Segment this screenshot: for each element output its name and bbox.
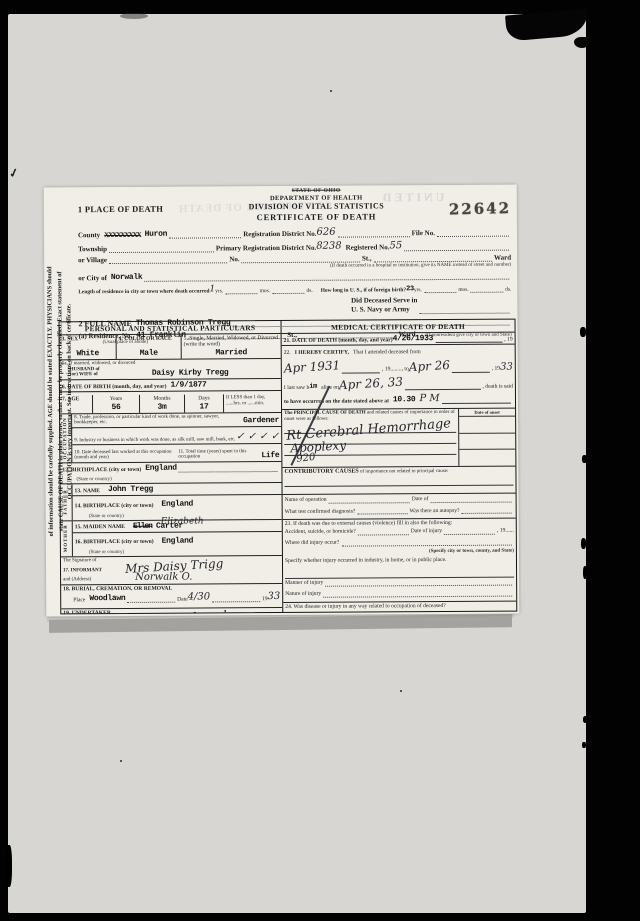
served-line1: Did Deceased Serve in [351, 296, 417, 304]
registered-no-value: 55 [389, 240, 402, 251]
sex-race-marital-row: 3. SEX White 4. COLOR OR RACE Male 5. Si… [60, 334, 281, 360]
film-nick [582, 455, 587, 463]
rule-leader [442, 396, 511, 404]
occurred-ampm-value: P M [419, 393, 439, 404]
county-struck-entry: XXXXXXXXX [104, 231, 141, 239]
burial-place-value: Woodlawn [89, 594, 125, 603]
burial-date-value: 4/30 [188, 592, 211, 603]
birthplace-value: England [145, 464, 177, 473]
father-vertical-text: FATHER [64, 490, 69, 515]
how-long-us-label: How long in U. S., if of foreign birth? [321, 287, 406, 294]
served-label: Did Deceased Serve in U. S. Navy or Army [351, 296, 417, 314]
personal-section-header: PERSONAL AND STATISTICAL PARTICULARS [60, 321, 281, 335]
burial-label: 18. BURIAL, CREMATION, OR REMOVAL [63, 586, 172, 593]
rule-leader [435, 335, 502, 343]
industry-label: 9. Industry or business in which work wa… [74, 437, 236, 444]
informant-value-cell: Mrs Daisy Trigg Norwalk O. [123, 556, 282, 584]
ds-label: ds. [307, 288, 313, 294]
ds-label: ds. [505, 287, 511, 293]
how-long-us-value: 23 [406, 285, 414, 293]
him-typed: im [309, 383, 317, 391]
father-name-label: 13. NAME [75, 488, 101, 495]
sex-cell: 3. SEX White [60, 335, 117, 359]
maiden-name-row: 15. MAIDEN NAME Ellen Elizabeth Carter [73, 520, 282, 533]
contributory-bold: CONTRIBUTORY CAUSES [284, 468, 358, 474]
specify-city-note: (Specify city or town, county, and State… [429, 549, 514, 555]
certificate-body: PERSONAL AND STATISTICAL PARTICULARS 3. … [59, 319, 518, 615]
dob-value: 1/9/1877 [170, 381, 206, 390]
principal-cause-block: The PRINCIPAL CAUSE OF DEATH and related… [282, 409, 515, 468]
film-nick [583, 716, 588, 723]
maiden-corrected-value: Elizabeth [161, 516, 204, 526]
occupation-rows: 8. Trade, profession, or particular kind… [72, 413, 281, 463]
state-header: STATE OF OHIO DEPARTMENT OF HEALTH DIVIS… [214, 187, 419, 222]
days-value: 17 [187, 402, 221, 411]
film-smudge [120, 13, 148, 19]
film-nick [580, 327, 586, 337]
certify-no: 22. [284, 350, 291, 356]
onset-rule-line [459, 450, 515, 466]
less-than-day-cell: If LESS than 1 day, ......hrs. or ......… [224, 394, 281, 412]
film-speck [120, 760, 122, 762]
dotted-leader [225, 286, 258, 294]
served-line2: U. S. Navy or Army [351, 305, 410, 313]
dotted-leader [462, 506, 512, 514]
mother-rows: 15. MAIDEN NAME Ellen Elizabeth Carter 1… [73, 520, 282, 557]
occupation-vertical-label: OCCUPATION [60, 414, 72, 462]
last-saw-post: alive on [321, 384, 339, 391]
city-row: or City of Norwalk [78, 270, 511, 282]
mother-birthplace-value: England [162, 536, 194, 545]
registration-district-value: 626 [316, 227, 335, 238]
dotted-leader [212, 595, 260, 603]
injury-year-label: , 19...... [497, 528, 514, 535]
date-of-death-label: 21. DATE OF DEATH (month, day, and year) [284, 337, 393, 344]
mother-vertical-label: MOTHER [61, 521, 73, 556]
occupation-related-block: 24. Was disease or injury in any way rel… [283, 602, 516, 612]
dotted-leader [109, 256, 227, 265]
undertaker-row: 19. UNDERTAKER (Address) Stein - Crebaug… [61, 608, 282, 614]
contributory-rest: of importance not related to principal c… [360, 469, 448, 475]
dotted-leader [424, 285, 457, 293]
external-causes-block: 23. If death was due to external causes … [283, 519, 517, 603]
dotted-leader [323, 589, 512, 598]
spouse-label-cell: 5a. If married, widowed, or divorced HUS… [60, 360, 150, 380]
father-birthplace-label: 14. BIRTHPLACE (city or town) [75, 503, 154, 510]
marital-value: Married [184, 348, 279, 358]
principal-cause-bold: The PRINCIPAL CAUSE OF DEATH [284, 411, 366, 416]
mother-birthplace-label: 16. BIRTHPLACE (city or town) [75, 539, 154, 546]
age-days-cell: Days 17 [185, 395, 224, 413]
residence-length-row: Length of residence in city or town wher… [78, 283, 511, 296]
dotted-leader [144, 271, 509, 281]
undertaker-value-cell: Stein - Crebaugh Norwalk [125, 608, 282, 614]
months-value: 3m [142, 402, 182, 411]
father-birthplace-value: England [161, 500, 193, 509]
burial-year-value: 33 [267, 591, 280, 602]
dotted-leader [430, 494, 511, 502]
dotted-leader [329, 495, 410, 503]
registration-district-label: Registration District No. [243, 230, 316, 238]
father-name-value: John Tregg [108, 485, 153, 494]
last-saw-value: Apr 26, 33 [339, 375, 404, 393]
film-nick [6, 845, 12, 887]
race-value: Male [119, 348, 179, 357]
undertaker-label-cell: 19. UNDERTAKER (Address) [61, 609, 125, 614]
film-nick [581, 538, 586, 549]
certificate-title: CERTIFICATE OF DEATH [214, 211, 419, 222]
age-label-cell: 7. AGE [60, 395, 93, 413]
test-label: What test confirmed diagnosis? [285, 508, 356, 515]
mos-label: mos. [458, 287, 468, 293]
birthplace-row: 12. BIRTHPLACE (city or town) England (S… [60, 462, 281, 485]
registered-no-label: Registered No. [346, 244, 390, 252]
dotted-leader [127, 595, 175, 603]
occurred-time-value: 10.30 [393, 395, 416, 404]
sex-label: 3. SEX [62, 336, 114, 343]
age-months-cell: Months 3m [140, 395, 185, 413]
film-nick [582, 742, 586, 748]
township-row: Township Primary Registration District N… [78, 240, 511, 254]
file-no-label: File No. [412, 229, 435, 237]
attended-year-pre: , 19 [492, 366, 500, 372]
onset-rule-line [459, 417, 515, 434]
age-years-cell: Years 56 [93, 395, 140, 413]
total-time-value: Life [261, 451, 279, 460]
operation-block: Name of operation Date of What test conf… [283, 493, 516, 520]
trade-label: 8. Trade, profession, or particular kind… [74, 414, 243, 427]
last-worked-label: 10. Date deceased last worked at this oc… [74, 449, 174, 461]
dob-row: 6. DATE OF BIRTH (month, day, and year) … [60, 379, 281, 392]
burial-row: 18. BURIAL, CREMATION, OR REMOVAL Place … [61, 584, 282, 609]
certificate-header: STATE OF OHIO DEPARTMENT OF HEALTH DIVIS… [76, 187, 514, 322]
last-saw-pre: I last saw h [284, 384, 309, 391]
film-speck [400, 690, 402, 692]
wife-of-label: (or) WIFE of [62, 372, 148, 378]
spouse-row: 5a. If married, widowed, or divorced HUS… [60, 359, 281, 381]
rule-leader [405, 382, 481, 390]
dotted-leader [444, 526, 495, 534]
medical-certificate-column: MEDICAL CERTIFICATE OF DEATH 21. DATE OF… [282, 320, 517, 612]
mother-block: MOTHER 15. MAIDEN NAME Ellen Elizabeth C… [61, 520, 282, 558]
informant-label-cell: The Signature of 17. INFORMANT and (Addr… [61, 557, 123, 584]
specify-where-label: Specify whether injury occurred in indus… [285, 557, 447, 564]
age-row: 7. AGE Years 56 Months 3m Days 17 [60, 394, 281, 414]
place-of-death-label: 1 PLACE OF DEATH [78, 204, 163, 215]
mother-vertical-text: MOTHER [64, 525, 69, 553]
industry-checkmarks: ✓ ✓ ✓ ✓ [236, 431, 279, 442]
dotted-leader [358, 527, 409, 535]
informant-label3: and (Address) [63, 577, 121, 583]
accident-label: Accident, suicide, or homicide? [285, 529, 356, 536]
occupation-block: OCCUPATION 8. Trade, profession, or part… [60, 413, 281, 464]
mos-label: mos. [260, 288, 270, 294]
occupation-vertical-text: OCCUPATION [63, 417, 68, 459]
occurred-label: to have occurred on the date stated abov… [284, 398, 389, 405]
primary-registration-label: Primary Registration District No. [216, 244, 316, 253]
operation-label: Name of operation [285, 497, 327, 504]
village-label: or Village [78, 256, 107, 264]
contributory-rule-line [285, 485, 514, 492]
marital-label: 5. Single, Married, Widowed, or Divorced… [184, 335, 279, 348]
dotted-leader [357, 506, 407, 514]
maiden-name-label: 15. MAIDEN NAME [75, 524, 125, 531]
nature-label: Nature of injury [285, 591, 321, 598]
personal-particulars-column: PERSONAL AND STATISTICAL PARTICULARS 3. … [60, 321, 284, 613]
burial-place-label: Place [73, 597, 85, 603]
dob-label: 6. DATE OF BIRTH (month, day, and year) [62, 383, 167, 390]
certify-rest: That I attended deceased from [353, 349, 421, 356]
dotted-leader [341, 537, 512, 546]
state-country-note: (State or country) [62, 477, 111, 482]
city-value: Norwalk [111, 273, 143, 282]
county-row: County XXXXXXXXX Huron Registration Dist… [78, 226, 511, 240]
spouse-value: Daisy Kirby Tregg [152, 368, 279, 378]
date-of-death-row: 21. DATE OF DEATH (month, day, and year)… [282, 333, 515, 346]
township-label: Township [78, 245, 107, 253]
rule-leader [342, 365, 380, 373]
undertaker-label: 19. UNDERTAKER [63, 610, 123, 614]
date-of-label: Date of [412, 496, 429, 503]
attended-year-value: 33 [500, 361, 513, 372]
total-time-label: 11. Total time (years) spent in this occ… [178, 449, 261, 461]
city-label: or City of [78, 274, 107, 282]
trade-value: Gardener [243, 416, 279, 425]
dotted-leader [404, 243, 509, 252]
attended-from-value: Apr 1931 [283, 358, 340, 375]
informant-label2: 17. INFORMANT [63, 568, 121, 574]
state-country-note: (State or country) [75, 550, 124, 555]
last-worked-row: 10. Date deceased last worked at this oc… [72, 448, 281, 463]
county-label: County [78, 231, 100, 239]
maiden-struck-value: Ellen [133, 521, 152, 530]
date-of-death-suffix: , 19 [504, 336, 512, 342]
marital-cell: 5. Single, Married, Widowed, or Divorced… [182, 334, 281, 358]
less-than-day-label: If LESS than 1 day, ......hrs. or ......… [226, 395, 279, 407]
total-time-cell: 11. Total time (years) spent in this occ… [176, 448, 281, 462]
where-label: Where did injury occur? [285, 540, 340, 547]
date-of-onset-column: Date of onset [458, 409, 515, 466]
to-label: , 19........, to [382, 367, 409, 374]
burial-date-label: Date [177, 597, 188, 603]
father-vertical-label: FATHER [61, 485, 73, 520]
father-name-row: 13. NAME John Tregg [73, 483, 282, 496]
age-label: 7. AGE [62, 396, 90, 403]
film-nick [583, 566, 587, 579]
principal-cause-main: The PRINCIPAL CAUSE OF DEATH and related… [282, 409, 458, 467]
yrs-label: yrs. [215, 288, 223, 294]
ward-label: Ward [494, 254, 511, 262]
st-label: St., [362, 255, 372, 263]
informant-label1: The Signature of [63, 558, 121, 564]
certify-block: 22. I HEREBY CERTIFY, That I attended de… [282, 348, 515, 411]
spouse-value-cell: Daisy Kirby Tregg [150, 359, 281, 379]
dotted-leader [325, 577, 512, 586]
birthplace-label: 12. BIRTHPLACE (city or town) [62, 467, 141, 474]
dotted-leader [419, 305, 509, 314]
certify-bold: I HEREBY CERTIFY, [295, 350, 349, 357]
no-label: No. [229, 256, 239, 264]
years-value: 56 [95, 403, 137, 412]
race-label: 4. COLOR OR RACE [119, 336, 179, 343]
contributory-block: CONTRIBUTORY CAUSES of importance not re… [282, 466, 515, 494]
film-speck [330, 90, 332, 92]
dotted-leader [338, 229, 410, 237]
onset-rule-line [459, 433, 515, 450]
dotted-leader [272, 286, 305, 294]
death-said-label: , death is said [482, 383, 512, 390]
attended-to-value: Apr 26 [408, 358, 450, 374]
informant-row: The Signature of 17. INFORMANT and (Addr… [61, 556, 282, 585]
dotted-leader [316, 611, 512, 612]
mother-birthplace-row: 16. BIRTHPLACE (city or town) England (S… [73, 535, 282, 556]
dotted-leader [109, 245, 214, 254]
manner-label: Manner of injury [285, 580, 323, 587]
race-cell: 4. COLOR OR RACE Male [117, 335, 182, 359]
rule-leader [452, 365, 490, 373]
date-of-death-value: 4/26/1933 [393, 334, 434, 343]
trade-row: 8. Trade, profession, or particular kind… [72, 413, 281, 429]
state-country-note: (State or country) [75, 514, 124, 519]
primary-registration-value: 8238 [316, 241, 342, 252]
father-rows: 13. NAME John Tregg 14. BIRTHPLACE (city… [73, 483, 282, 520]
county-value: Huron [145, 230, 168, 239]
yrs-label: yrs. [414, 287, 422, 293]
last-worked-cell: 10. Date deceased last worked at this oc… [72, 448, 176, 462]
dotted-leader [437, 229, 509, 237]
death-certificate-card: CERTIFICATE OF DEATH UNITED of informati… [44, 185, 520, 617]
dotted-leader [169, 230, 241, 238]
dotted-leader [179, 464, 278, 473]
film-blot [574, 37, 589, 48]
file-number-stamp: 22642 [448, 199, 511, 218]
microfilm-scan: ✓ CERTIFICATE OF DEATH UNITED of informa… [0, 0, 640, 921]
navy-army-row: Did Deceased Serve in U. S. Navy or Army [78, 296, 511, 316]
autopsy-label: Was there an autopsy? [409, 507, 459, 514]
injury-date-label: Date of injury [411, 528, 442, 535]
related-label: 24. Was disease or injury in any way rel… [285, 603, 446, 610]
dotted-leader [471, 285, 504, 293]
residence-length-label: Length of residence in city or town wher… [78, 288, 209, 295]
hospital-note: (If death occurred in a hospital or inst… [330, 262, 511, 268]
sex-value: White [62, 349, 114, 358]
industry-row: 9. Industry or business in which work wa… [72, 430, 281, 445]
